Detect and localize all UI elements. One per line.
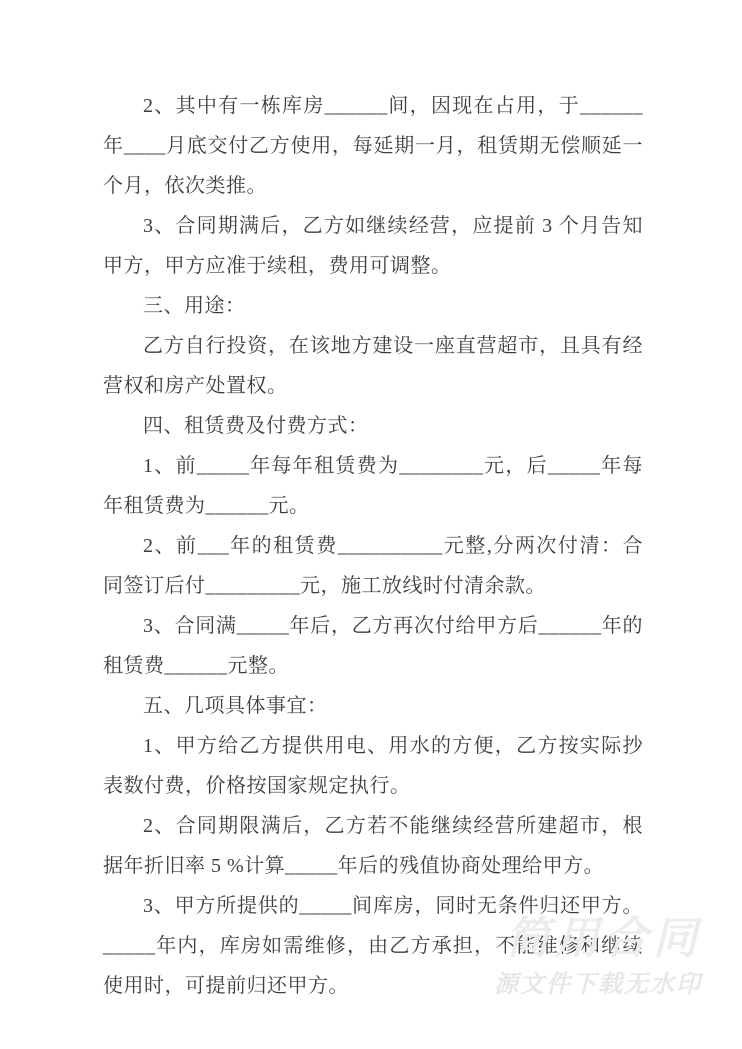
contract-paragraph: 2、前___年的租赁费__________元整,分两次付清：合同签订后付____… [103, 526, 643, 606]
contract-paragraph: 2、合同期限满后，乙方若不能继续经营所建超市，根据年折旧率 5 %计算_____… [103, 806, 643, 886]
section-heading-specific-matters: 五、几项具体事宜： [103, 686, 643, 726]
contract-page: 2、其中有一栋库房______间，因现在占用，于______年____月底交付乙… [0, 0, 742, 1049]
contract-paragraph: 3、合同满_____年后，乙方再次付给甲方后______年的租赁费______元… [103, 606, 643, 686]
contract-paragraph: 3、合同期满后，乙方如继续经营，应提前 3 个月告知甲方，甲方应准于续租，费用可… [103, 206, 643, 286]
contract-paragraph: 3、甲方所提供的_____间库房，同时无条件归还甲方。_____年内，库房如需维… [103, 886, 643, 1006]
contract-paragraph: 乙方自行投资，在该地方建设一座直营超市，且具有经营权和房产处置权。 [103, 326, 643, 406]
contract-paragraph: 2、其中有一栋库房______间，因现在占用，于______年____月底交付乙… [103, 86, 643, 206]
section-heading-rent-payment: 四、租赁费及付费方式： [103, 406, 643, 446]
contract-paragraph: 1、甲方给乙方提供用电、用水的方便，乙方按实际抄表数付费，价格按国家规定执行。 [103, 726, 643, 806]
contract-body: 2、其中有一栋库房______间，因现在占用，于______年____月底交付乙… [103, 86, 643, 1006]
contract-paragraph: 1、前_____年每年租赁费为________元，后_____年每年租赁费为__… [103, 446, 643, 526]
section-heading-purpose: 三、用途： [103, 286, 643, 326]
